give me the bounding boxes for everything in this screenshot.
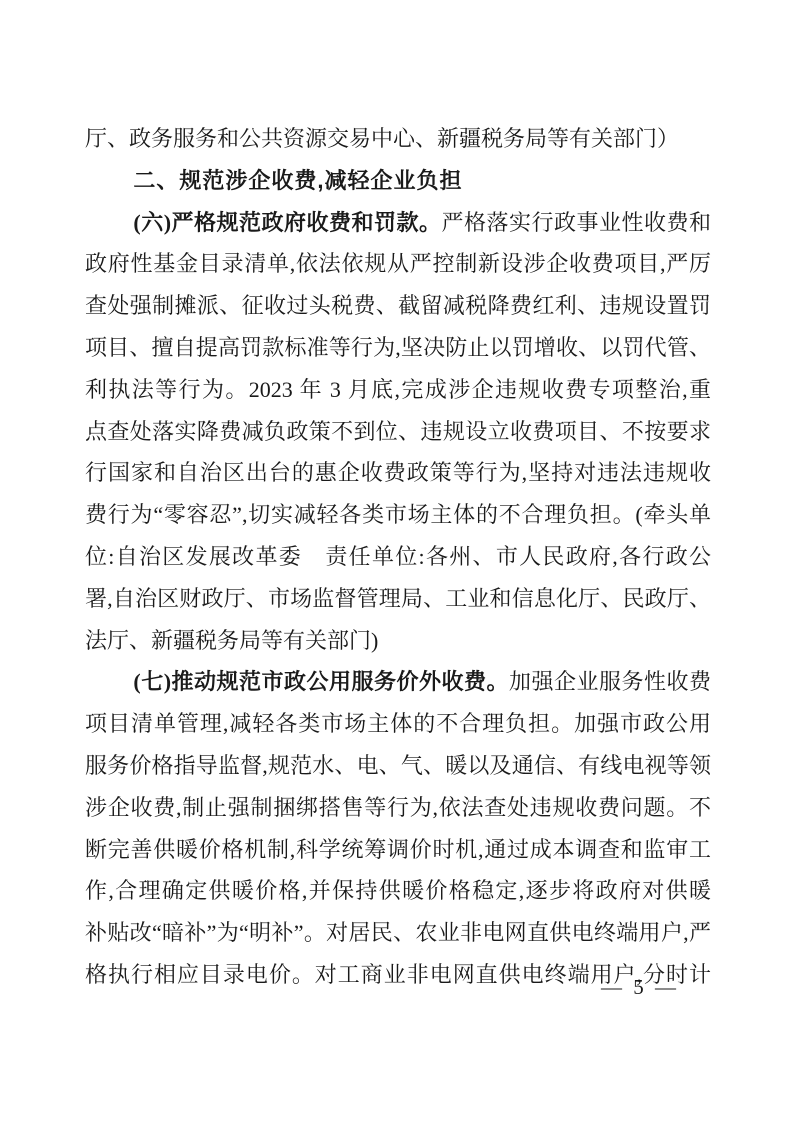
text-segment-body: 查处强制摊派、征收过头税费、截留减税降费红利、违规设置罚款: [85, 293, 711, 327]
text-line: 二、规范涉企收费,减轻企业负担: [85, 160, 711, 202]
text-segment-lead: (六)严格规范政府收费和罚款。: [133, 210, 441, 235]
text-segment-anno: 法厅、新疆税务局等有关部门): [85, 628, 378, 653]
text-segment-body: 点查处落实降费减负政策不到位、违规设立收费项目、不按要求执: [85, 419, 711, 453]
text-line: 项目、擅自提高罚款标准等行为,坚决防止以罚增收、以罚代管、逐: [85, 327, 711, 369]
text-line: 行国家和自治区出台的惠企收费政策等行为,坚持对违法违规收: [85, 452, 711, 494]
document-page: 厅、政务服务和公共资源交易中心、新疆税务局等有关部门）二、规范涉企收费,减轻企业…: [0, 0, 793, 1122]
text-segment-anno: 署,自治区财政厅、市场监督管理局、工业和信息化厅、民政厅、司: [85, 586, 711, 620]
text-segment-body: 服务价格指导监督,规范水、电、气、暖以及通信、有线电视等领域: [85, 753, 711, 787]
text-segment-body: 项目清单管理,减轻各类市场主体的不合理负担。加强市政公用: [85, 711, 711, 736]
text-line: 服务价格指导监督,规范水、电、气、暖以及通信、有线电视等领域: [85, 745, 711, 787]
text-segment-body: 补贴改“暗补”为“明补”。对居民、农业非电网直供电终端用户,严: [85, 920, 711, 945]
text-segment-lead: (七)推动规范市政公用服务价外收费。: [133, 669, 509, 694]
text-segment-body: 项目、擅自提高罚款标准等行为,坚决防止以罚增收、以罚代管、逐: [85, 335, 711, 369]
text-segment-body: 政府性基金目录清单,依法依规从严控制新设涉企收费项目,严厉: [85, 251, 711, 276]
text-line: 作,合理确定供暖价格,并保持供暖价格稳定,逐步将政府对供暖: [85, 870, 711, 912]
text-segment-anno: 位:自治区发展改革委 责任单位:各州、市人民政府,各行政公: [85, 544, 711, 569]
text-line: (七)推动规范市政公用服务价外收费。加强企业服务性收费: [85, 661, 711, 703]
text-line: 法厅、新疆税务局等有关部门): [85, 620, 711, 662]
text-segment-body: 涉企收费,制止强制捆绑搭售等行为,依法查处违规收费问题。不: [85, 795, 711, 820]
text-line: 厅、政务服务和公共资源交易中心、新疆税务局等有关部门）: [85, 118, 711, 160]
text-segment-body: 加强企业服务性收费: [509, 669, 711, 694]
text-line: 项目清单管理,减轻各类市场主体的不合理负担。加强市政公用: [85, 703, 711, 745]
text-segment-body: 断完善供暖价格机制,科学统筹调价时机,通过成本调查和监审工: [85, 837, 711, 862]
document-body: 厅、政务服务和公共资源交易中心、新疆税务局等有关部门）二、规范涉企收费,减轻企业…: [85, 118, 711, 996]
text-segment-body: 利执法等行为。2023 年 3 月底,完成涉企违规收费专项整治,重: [85, 377, 711, 402]
text-line: 点查处落实降费减负政策不到位、违规设立收费项目、不按要求执: [85, 411, 711, 453]
text-segment-body: 费行为“零容忍”,切实减轻各类市场主体的不合理负担。: [85, 502, 635, 527]
text-line: 署,自治区财政厅、市场监督管理局、工业和信息化厅、民政厅、司: [85, 578, 711, 620]
text-line: 补贴改“暗补”为“明补”。对居民、农业非电网直供电终端用户,严: [85, 912, 711, 954]
text-segment-body: 厅、政务服务和公共资源交易中心、新疆税务局等有关部门）: [85, 126, 679, 151]
page-number: — 5 —: [580, 972, 700, 1002]
text-line: 位:自治区发展改革委 责任单位:各州、市人民政府,各行政公: [85, 536, 711, 578]
text-line: 查处强制摊派、征收过头税费、截留减税降费红利、违规设置罚款: [85, 285, 711, 327]
text-line: 政府性基金目录清单,依法依规从严控制新设涉企收费项目,严厉: [85, 243, 711, 285]
section-heading: 二、规范涉企收费,减轻企业负担: [133, 168, 462, 193]
text-segment-body: 作,合理确定供暖价格,并保持供暖价格稳定,逐步将政府对供暖: [85, 878, 711, 903]
text-segment-body: 行国家和自治区出台的惠企收费政策等行为,坚持对违法违规收: [85, 460, 711, 485]
text-segment-body: 严格落实行政事业性收费和: [442, 210, 711, 235]
text-line: 断完善供暖价格机制,科学统筹调价时机,通过成本调查和监审工: [85, 829, 711, 871]
text-line: 利执法等行为。2023 年 3 月底,完成涉企违规收费专项整治,重: [85, 369, 711, 411]
text-segment-anno: (牵头单: [635, 502, 711, 527]
text-line: 费行为“零容忍”,切实减轻各类市场主体的不合理负担。(牵头单: [85, 494, 711, 536]
text-line: (六)严格规范政府收费和罚款。严格落实行政事业性收费和: [85, 202, 711, 244]
text-line: 涉企收费,制止强制捆绑搭售等行为,依法查处违规收费问题。不: [85, 787, 711, 829]
